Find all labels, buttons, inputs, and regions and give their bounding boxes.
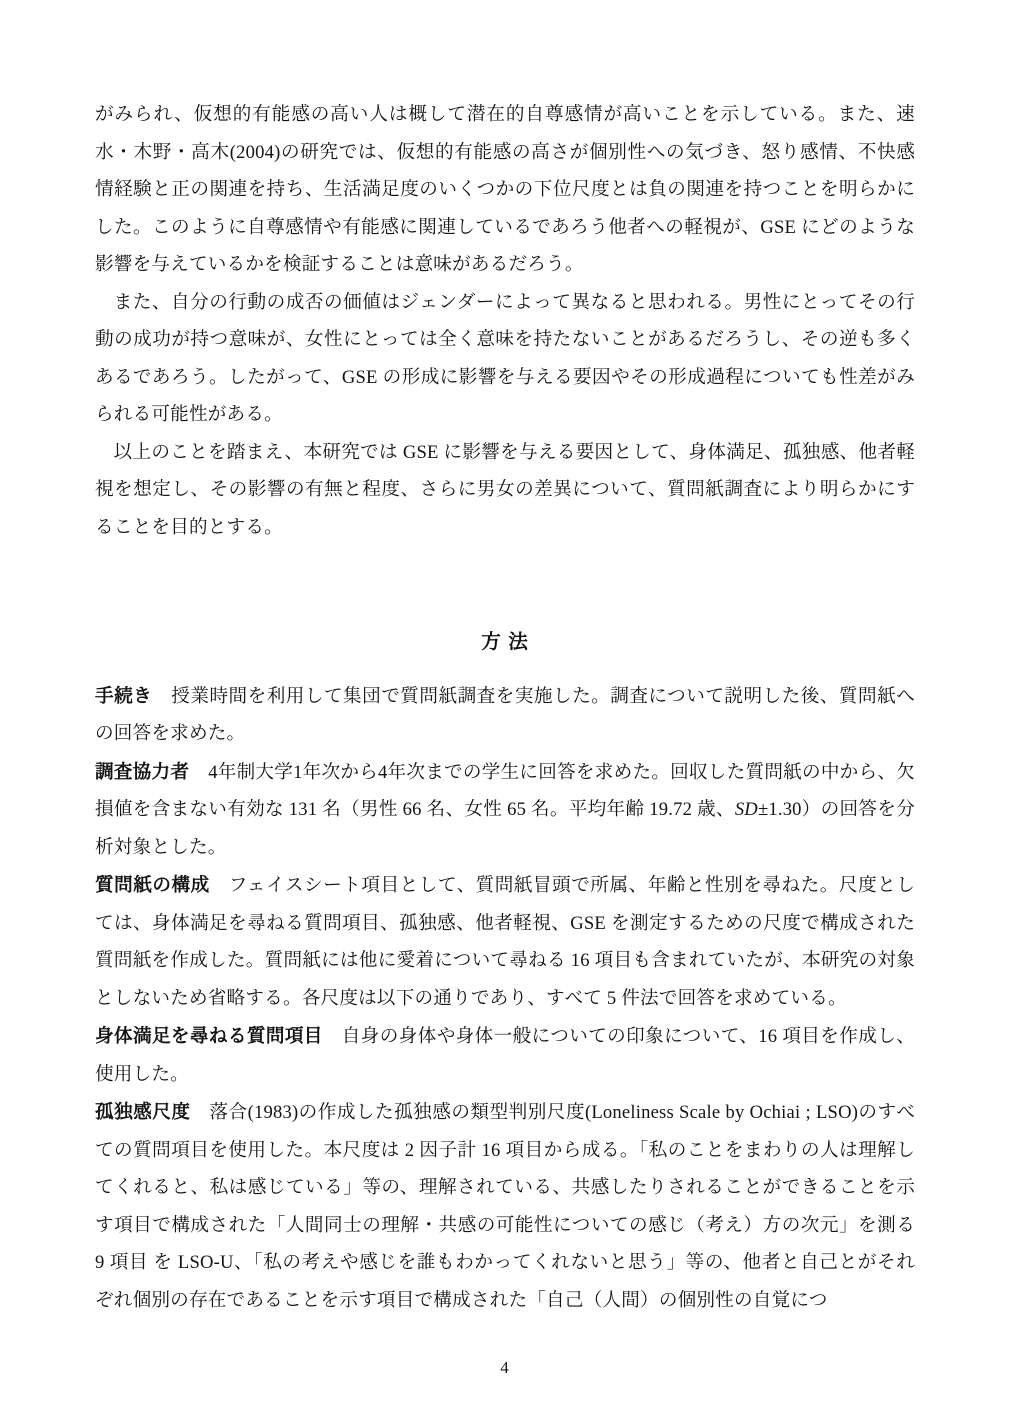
questionnaire-label: 質問紙の構成: [95, 874, 210, 895]
text-column: がみられ、仮想的有能感の高い人は概して潜在的自尊感情が高いことを示している。また…: [95, 96, 915, 1319]
procedure-paragraph: 手続き授業時間を利用して集団で質問紙調査を実施した。調査について説明した後、質問…: [95, 677, 915, 753]
intro-paragraph-1: がみられ、仮想的有能感の高い人は概して潜在的自尊感情が高いことを示している。また…: [95, 96, 915, 284]
loneliness-label: 孤独感尺度: [95, 1101, 190, 1122]
sd-statistic-symbol: SD: [735, 799, 758, 820]
participants-paragraph: 調査協力者4年制大学1年次から4年次までの学生に回答を求めた。回収した質問紙の中…: [95, 753, 915, 867]
intro-paragraph-3: 以上のことを踏まえ、本研究では GSE に影響を与える要因として、身体満足、孤独…: [95, 434, 915, 547]
body-satisfaction-label: 身体満足を尋ねる質問項目: [95, 1025, 323, 1046]
body-satisfaction-paragraph: 身体満足を尋ねる質問項目自身の身体や身体一般についての印象について、16 項目を…: [95, 1017, 915, 1093]
page-number: 4: [0, 1356, 1009, 1380]
method-section-heading: 方 法: [95, 624, 915, 662]
procedure-label: 手続き: [95, 685, 152, 706]
document-page: がみられ、仮想的有能感の高い人は概して潜在的自尊感情が高いことを示している。また…: [0, 0, 1009, 1428]
questionnaire-text: フェイスシート項目として、質問紙冒頭で所属、年齢と性別を尋ねた。尺度としては、身…: [95, 875, 915, 1009]
loneliness-paragraph: 孤独感尺度落合(1983)の作成した孤独感の類型判別尺度(Loneliness …: [95, 1093, 915, 1319]
questionnaire-paragraph: 質問紙の構成フェイスシート項目として、質問紙冒頭で所属、年齢と性別を尋ねた。尺度…: [95, 866, 915, 1017]
intro-paragraph-2: また、自分の行動の成否の価値はジェンダーによって異なると思われる。男性にとってそ…: [95, 284, 915, 434]
procedure-text: 授業時間を利用して集団で質問紙調査を実施した。調査について説明した後、質問紙への…: [95, 686, 915, 745]
loneliness-text: 落合(1983)の作成した孤独感の類型判別尺度(Loneliness Scale…: [95, 1102, 915, 1311]
participants-label: 調査協力者: [95, 761, 189, 782]
